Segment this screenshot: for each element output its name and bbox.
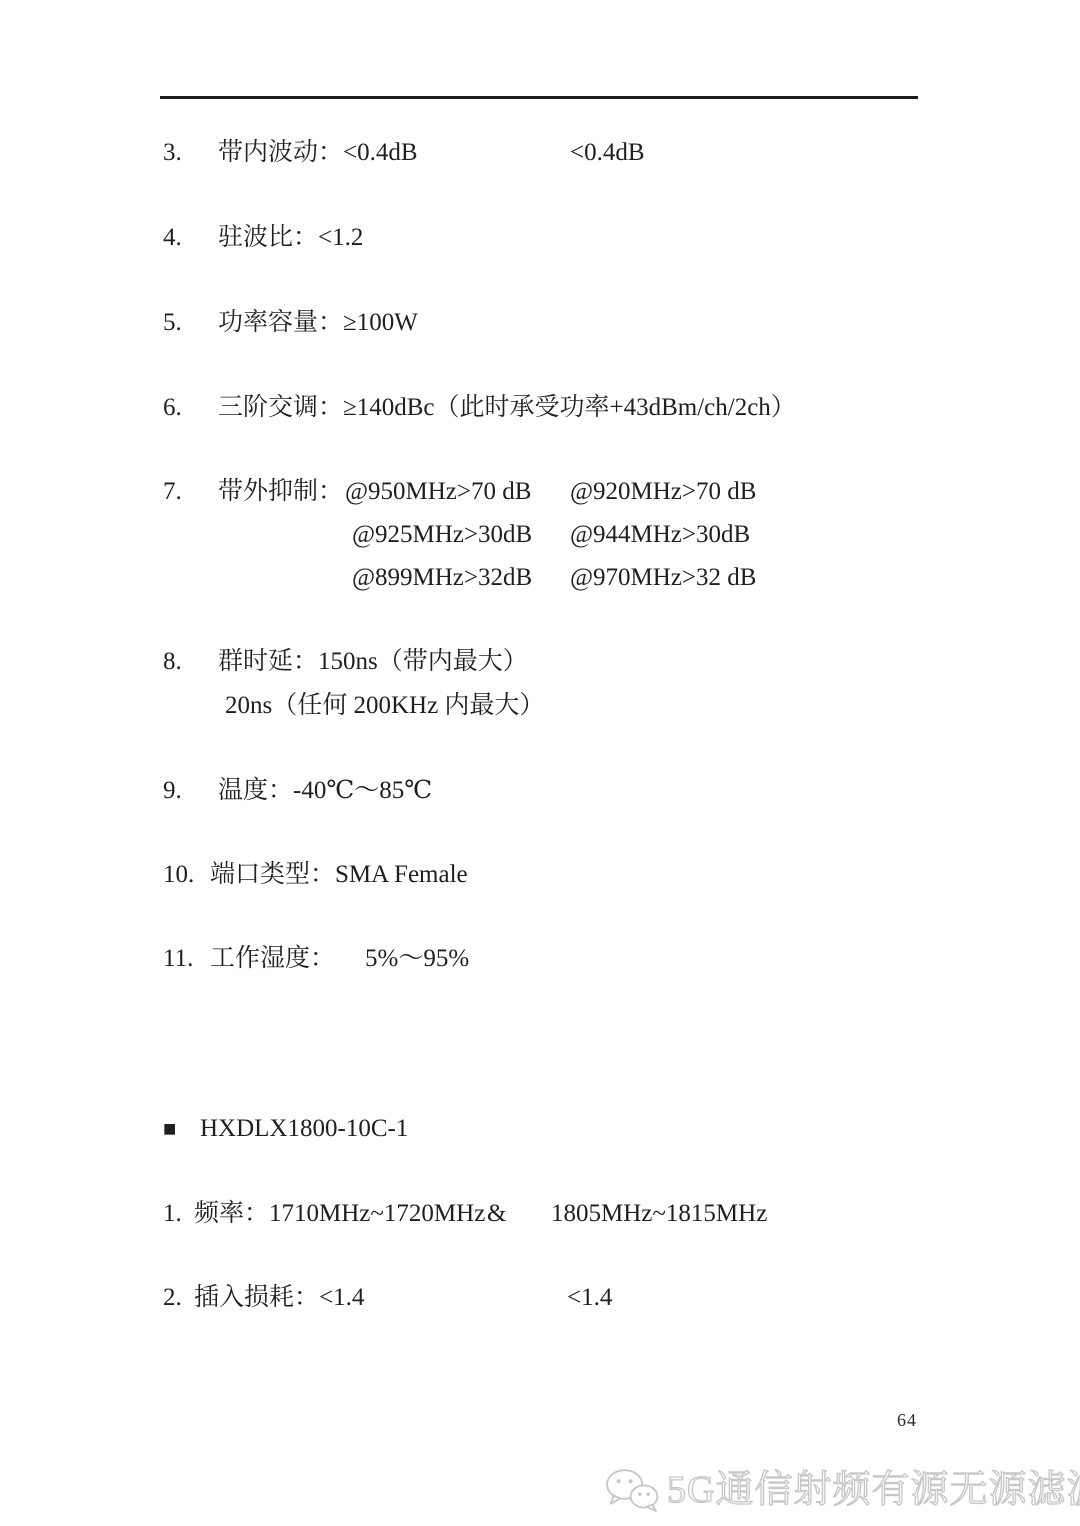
item-number: 4. xyxy=(163,223,182,253)
square-bullet-icon: ■ xyxy=(163,1114,176,1144)
item-number: 8. xyxy=(163,647,182,677)
item-text: 带外抑制： xyxy=(218,477,343,507)
wechat-icon xyxy=(604,1466,660,1514)
item-text: 温度：-40℃～85℃ xyxy=(218,776,432,806)
rejection-value-left: @925MHz>30dB xyxy=(352,520,532,550)
rejection-value-left: @899MHz>32dB xyxy=(352,563,532,593)
item-label: 工作湿度： xyxy=(210,944,335,974)
item-text: 三阶交调：≥140dBc（此时承受功率+43dBm/ch/2ch） xyxy=(218,393,796,423)
item-number: 9. xyxy=(163,776,182,806)
item-text: 功率容量：≥100W xyxy=(218,308,418,338)
item-value: 5%～95% xyxy=(365,944,469,974)
item-number: 5. xyxy=(163,308,182,338)
rejection-value-right: @920MHz>70 dB xyxy=(570,477,756,507)
ampersand: & xyxy=(487,1199,506,1229)
document-page: 3. 带内波动：<0.4dB <0.4dB 4. 驻波比：<1.2 5. 功率容… xyxy=(0,0,1080,1526)
header-rule xyxy=(160,96,918,99)
item-number: 10. xyxy=(163,860,194,890)
item-value-col2: 1805MHz~1815MHz xyxy=(551,1199,767,1229)
item-number: 6. xyxy=(163,393,182,423)
watermark-text: 5G通信射频有源无源滤波器天线 xyxy=(667,1458,1080,1522)
spec-item-8-line2: 20ns（任何 200KHz 内最大） xyxy=(0,691,1080,781)
item-number: 3. xyxy=(163,138,182,168)
watermark: 5G通信射频有源无源滤波器天线 xyxy=(604,1458,1080,1522)
item-number: 1. xyxy=(163,1199,182,1229)
item-text: 插入损耗：<1.4 xyxy=(194,1283,364,1313)
item-text-continued: 20ns（任何 200KHz 内最大） xyxy=(225,691,544,721)
spec-item-11: 11. 工作湿度： 5%～95% xyxy=(0,944,1080,1094)
rejection-value-right: @944MHz>30dB xyxy=(570,520,750,550)
item-number: 11. xyxy=(163,944,193,974)
page-number: 64 xyxy=(897,1410,917,1431)
item-text: 群时延：150ns（带内最大） xyxy=(218,647,528,677)
item-text: 带内波动：<0.4dB xyxy=(218,138,418,168)
model-spec-item-2: 2. 插入损耗：<1.4 <1.4 xyxy=(0,1283,1080,1433)
item-value-col2: <0.4dB xyxy=(570,138,645,168)
model-title: HXDLX1800-10C-1 xyxy=(200,1114,408,1144)
item-text: 端口类型：SMA Female xyxy=(210,860,468,890)
rejection-value-left: @950MHz>70 dB xyxy=(345,477,531,507)
item-text: 驻波比：<1.2 xyxy=(218,223,363,253)
item-text: 频率：1710MHz~1720MHz xyxy=(194,1199,485,1229)
item-number: 7. xyxy=(163,477,182,507)
rejection-value-right: @970MHz>32 dB xyxy=(570,563,756,593)
item-value-col2: <1.4 xyxy=(567,1283,612,1313)
item-number: 2. xyxy=(163,1283,182,1313)
